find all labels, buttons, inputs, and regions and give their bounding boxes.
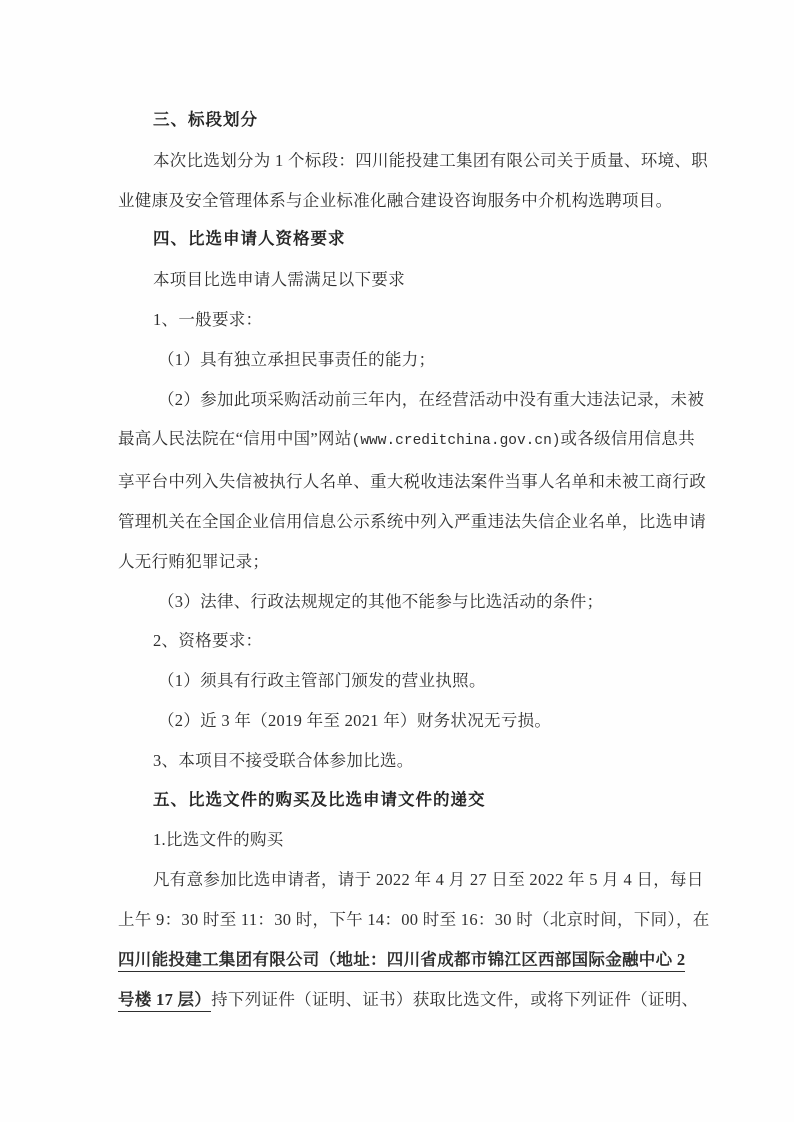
paragraph-line: 本项目比选申请人需满足以下要求 — [118, 260, 698, 300]
text-run: 最高人民法院在“信用中国”网站 — [118, 429, 352, 448]
sub-item-line: （2）近 3 年（2019 年至 2021 年）财务状况无亏损。 — [118, 701, 698, 741]
subsection-heading-purchase: 1.比选文件的购买 — [118, 820, 698, 860]
paragraph-line: 享平台中列入失信被执行人名单、重大税收违法案件当事人名单和未被工商行政 — [118, 462, 698, 502]
paragraph-line: 凡有意参加比选申请者，请于 2022 年 4 月 27 日至 2022 年 5 … — [118, 860, 698, 900]
company-address-underlined-text: 四川能投建工集团有限公司（地址：四川省成都市锦江区西部国际金融中心 2 — [118, 950, 685, 972]
list-item-2-qualification: 2、资格要求： — [118, 621, 698, 661]
sub-item-line: （3）法律、行政法规规定的其他不能参与比选活动的条件； — [118, 582, 698, 622]
list-item-1-general: 1、一般要求： — [118, 300, 698, 340]
section-heading-5: 五、比选文件的购买及比选申请文件的递交 — [118, 781, 698, 821]
section-heading-3: 三、标段划分 — [118, 101, 698, 141]
section-heading-4: 四、比选申请人资格要求 — [118, 220, 698, 260]
paragraph-line-with-url: 最高人民法院在“信用中国”网站(www.creditchina.gov.cn)或… — [118, 419, 698, 462]
creditchina-url-text: (www.creditchina.gov.cn) — [352, 433, 561, 449]
sub-item-line: （1）具有独立承担民事责任的能力； — [118, 340, 698, 380]
scanned-document-page: 三、标段划分 本次比选划分为 1 个标段：四川能投建工集团有限公司关于质量、环境… — [0, 0, 794, 1122]
paragraph-line: 人无行贿犯罪记录； — [118, 542, 698, 582]
paragraph-line: 本次比选划分为 1 个标段：四川能投建工集团有限公司关于质量、环境、职 — [118, 141, 698, 181]
paragraph-line: 业健康及安全管理体系与企业标准化融合建设咨询服务中介机构选聘项目。 — [118, 181, 698, 221]
text-run: 或各级信用信息共 — [561, 429, 695, 448]
sub-item-line: （1）须具有行政主管部门颁发的营业执照。 — [118, 661, 698, 701]
company-address-underlined-text: 号楼 17 层） — [118, 990, 211, 1012]
list-item-3-consortium: 3、本项目不接受联合体参加比选。 — [118, 741, 698, 781]
document-text-block: 三、标段划分 本次比选划分为 1 个标段：四川能投建工集团有限公司关于质量、环境… — [118, 101, 698, 1019]
paragraph-line: 上午 9：30 时至 11：30 时，下午 14：00 时至 16：30 时（北… — [118, 900, 698, 940]
sub-item-line: （2）参加此项采购活动前三年内，在经营活动中没有重大违法记录，未被 — [118, 380, 698, 420]
text-run: 持下列证件（证明、证书）获取比选文件，或将下列证件（证明、 — [211, 990, 698, 1009]
paragraph-line-underlined-address: 四川能投建工集团有限公司（地址：四川省成都市锦江区西部国际金融中心 2 — [118, 940, 698, 980]
paragraph-line-underlined-address: 号楼 17 层）持下列证件（证明、证书）获取比选文件，或将下列证件（证明、 — [118, 980, 698, 1020]
paragraph-line: 管理机关在全国企业信用信息公示系统中列入严重违法失信企业名单，比选申请 — [118, 502, 698, 542]
